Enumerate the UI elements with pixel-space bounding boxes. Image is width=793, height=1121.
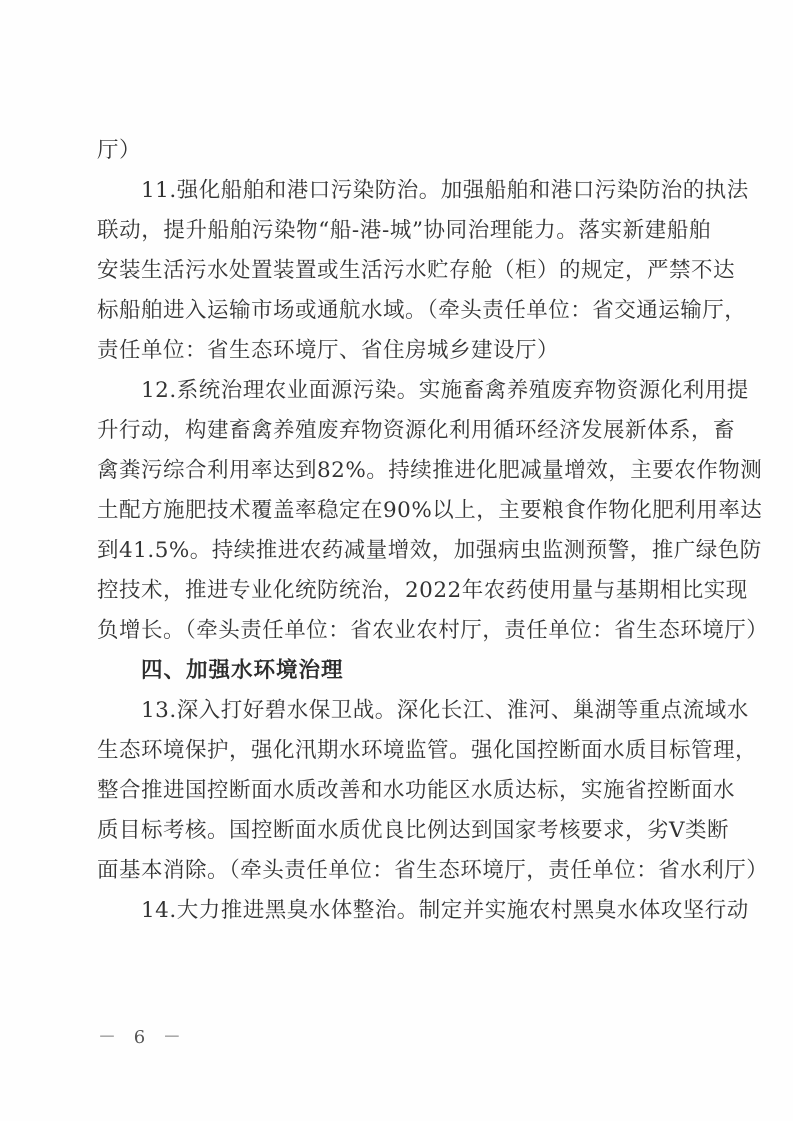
text-line: 面基本消除。（牵头责任单位：省生态环境厅，责任单位：省水利厅） — [97, 851, 711, 891]
text-line: 标船舶进入运输市场或通航水域。（牵头责任单位：省交通运输厅， — [97, 291, 711, 331]
text-line: 整合推进国控断面水质改善和水功能区水质达标，实施省控断面水 — [97, 771, 711, 811]
text-line: 控技术，推进专业化统防统治，2022年农药使用量与基期相比实现 — [97, 571, 711, 611]
item-13-title-line: 13.深入打好碧水保卫战。深化长江、淮河、巢湖等重点流域水 — [97, 691, 711, 731]
item-12-title-line: 12.系统治理农业面源污染。实施畜禽养殖废弃物资源化利用提 — [97, 371, 711, 411]
text-line: 升行动，构建畜禽养殖废弃物资源化利用循环经济发展新体系，畜 — [97, 411, 711, 451]
document-body: 厅） 11.强化船舶和港口污染防治。加强船舶和港口污染防治的执法 联动，提升船舶… — [97, 131, 711, 931]
text-line: 到41.5%。持续推进农药减量增效，加强病虫监测预警，推广绿色防 — [97, 531, 711, 571]
text-line: 负增长。（牵头责任单位：省农业农村厅，责任单位：省生态环境厅） — [97, 611, 711, 651]
text-line: 安装生活污水处置装置或生活污水贮存舱（柜）的规定，严禁不达 — [97, 251, 711, 291]
section-heading: 四、加强水环境治理 — [97, 651, 711, 691]
text-line: 质目标考核。国控断面水质优良比例达到国家考核要求，劣Ⅴ类断 — [97, 811, 711, 851]
text-line: 责任单位：省生态环境厅、省住房城乡建设厅） — [97, 331, 711, 371]
text-line-continuation: 厅） — [97, 131, 711, 171]
text-line: 联动，提升船舶污染物“船-港-城”协同治理能力。落实新建船舶 — [97, 211, 711, 251]
item-11-title-line: 11.强化船舶和港口污染防治。加强船舶和港口污染防治的执法 — [97, 171, 711, 211]
page-number: － 6 － — [98, 1023, 187, 1049]
text-line: 生态环境保护，强化汛期水环境监管。强化国控断面水质目标管理， — [97, 731, 711, 771]
document-page: 厅） 11.强化船舶和港口污染防治。加强船舶和港口污染防治的执法 联动，提升船舶… — [0, 0, 793, 1121]
item-14-title-line: 14.大力推进黑臭水体整治。制定并实施农村黑臭水体攻坚行动 — [97, 891, 711, 931]
text-line: 禽粪污综合利用率达到82%。持续推进化肥减量增效，主要农作物测 — [97, 451, 711, 491]
text-line: 土配方施肥技术覆盖率稳定在90%以上，主要粮食作物化肥利用率达 — [97, 491, 711, 531]
